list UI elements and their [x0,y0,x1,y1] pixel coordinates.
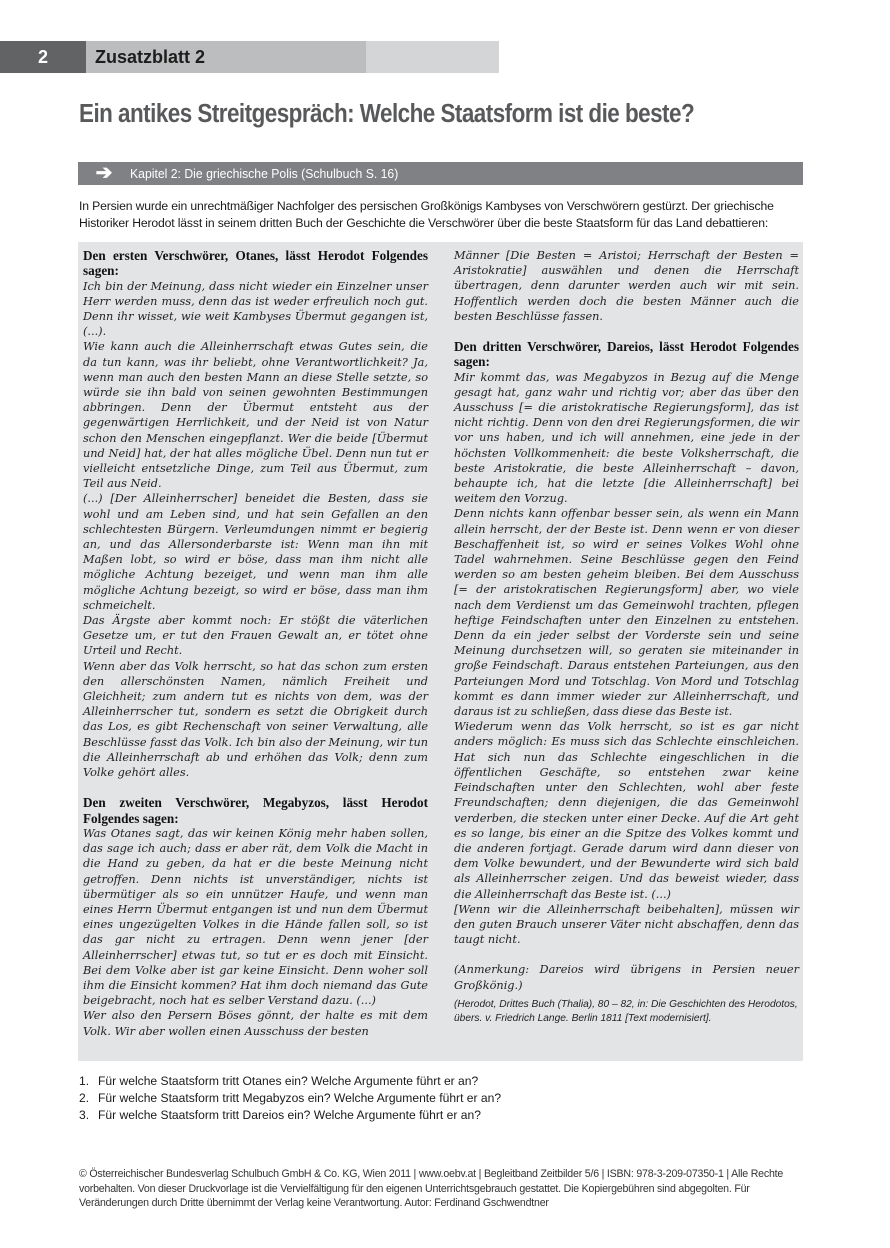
source-column-right: Männer [Die Besten = Aristoi; Herrschaft… [454,248,799,1027]
dareios-heading: Den dritten Verschwörer, Dareios, lässt … [454,339,799,370]
chapter-reference-bar: ➔ Kapitel 2: Die griechische Polis (Schu… [78,162,803,185]
task-item: 2. Für welche Staatsform tritt Megabyzos… [79,1090,501,1107]
task-number: 3. [79,1107,98,1124]
task-number: 1. [79,1073,98,1090]
source-citation: (Herodot, Drittes Buch (Thalia), 80 – 82… [454,998,799,1027]
otanes-paragraph: (...) [Der Alleinherrscher] beneidet die… [83,491,428,613]
dareios-paragraph: Denn nichts kann offenbar besser sein, a… [454,506,799,719]
otanes-paragraph: Das Ärgste aber kommt noch: Er stößt die… [83,613,428,659]
otanes-heading: Den ersten Verschwörer, Otanes, lässt He… [83,248,428,279]
megabyzos-paragraph: Was Otanes sagt, das wir keinen König me… [83,826,428,1008]
sheet-header-bar: 2 Zusatzblatt 2 [0,41,499,73]
otanes-paragraph: Wenn aber das Volk herrscht, so hat das … [83,659,428,781]
chapter-label: Kapitel 2: Die griechische Polis (Schulb… [130,166,398,181]
page-number: 2 [0,41,86,73]
task-item: 1. Für welche Staatsform tritt Otanes ei… [79,1073,501,1090]
task-number: 2. [79,1090,98,1107]
megabyzos-heading: Den zweiten Verschwörer, Megabyzos, läss… [83,795,428,826]
section-spacer [454,324,799,339]
dareios-paragraph: Wiederum wenn das Volk herrscht, so ist … [454,719,799,901]
header-bar-filler [366,41,499,73]
task-text: Für welche Staatsform tritt Megabyzos ei… [98,1090,501,1107]
copyright-footer: © Österreichischer Bundesverlag Schulbuc… [79,1167,809,1211]
source-column-left: Den ersten Verschwörer, Otanes, lässt He… [83,248,428,1039]
otanes-paragraph: Wie kann auch die Alleinherrschaft etwas… [83,339,428,491]
sheet-label: Zusatzblatt 2 [86,41,366,73]
source-text-box: Den ersten Verschwörer, Otanes, lässt He… [78,242,803,1061]
page-title: Ein antikes Streitgespräch: Welche Staat… [79,100,694,129]
section-spacer [454,947,799,962]
task-text: Für welche Staatsform tritt Dareios ein?… [98,1107,481,1124]
otanes-paragraph: Ich bin der Meinung, dass nicht wieder e… [83,279,428,340]
section-spacer [83,780,428,795]
intro-paragraph: In Persien wurde ein unrechtmäßiger Nach… [79,198,803,232]
task-text: Für welche Staatsform tritt Otanes ein? … [98,1073,478,1090]
dareios-paragraph: Mir kommt das, was Megabyzos in Bezug au… [454,370,799,507]
megabyzos-paragraph-continued: Männer [Die Besten = Aristoi; Herrschaft… [454,248,799,324]
arrow-right-icon: ➔ [78,162,130,185]
dareios-paragraph: [Wenn wir die Alleinherrschaft beibehalt… [454,902,799,948]
dareios-note: (Anmerkung: Dareios wird übrigens in Per… [454,962,799,992]
megabyzos-paragraph: Wer also den Persern Böses gönnt, der ha… [83,1008,428,1038]
task-list: 1. Für welche Staatsform tritt Otanes ei… [79,1073,501,1124]
task-item: 3. Für welche Staatsform tritt Dareios e… [79,1107,501,1124]
